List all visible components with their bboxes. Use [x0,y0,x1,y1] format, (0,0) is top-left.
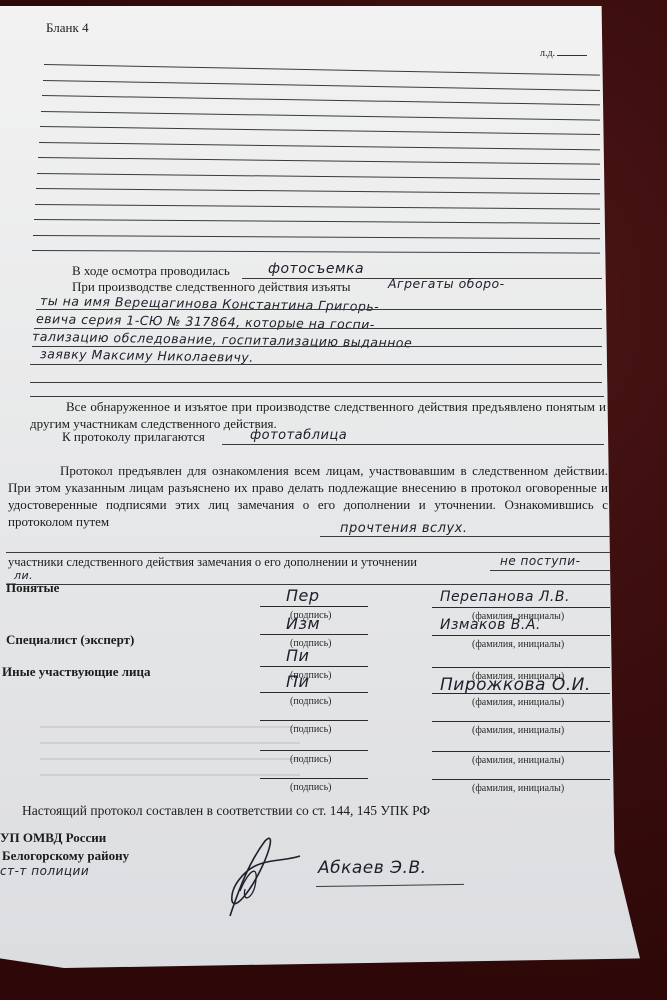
rank-handwritten: ст-т полиции [0,864,89,878]
seized-rule-5 [30,382,602,383]
photo-value: фотосъемка [268,261,364,277]
signatory-name: Перепанова Л.В. [440,589,570,605]
legal-basis: Настоящий протокол составлен в соответст… [22,803,430,818]
blank-rule [42,95,600,106]
attachments-value: фототаблица [250,428,347,443]
officer-signature [210,831,310,921]
blank-rule [41,111,600,121]
handwritten-signature: Изм [286,614,320,633]
handwritten-signature: Пи [286,672,309,691]
signature-caption: (подпись) [290,780,332,795]
remarks-value: не поступи- [500,554,580,568]
blank-rule [39,142,600,151]
other-participants-label: Иные участвующие лица [2,664,151,679]
name-caption: (фамилия, инициалы) [472,695,564,710]
blank-rule [32,250,600,254]
familiarization-method: прочтения вслух. [340,521,468,536]
handwritten-signature: Пер [286,586,320,605]
blank-rule [33,235,600,240]
seized-line-1: Агрегаты оборо- [388,276,505,291]
seized-line-2: ты на имя Верещагинова Константина Григо… [40,293,379,314]
protocol-page: Бланк 4 л.д. В ходе осмотра проводилась … [0,6,640,968]
blank-rule [34,219,600,224]
specialist-label: Специалист (эксперт) [6,632,134,647]
signatory-name: Измаков В.А. [440,617,541,633]
officer-name: Абкаев Э.В. [318,858,427,878]
seized-line-5: заявку Максиму Николаевичу. [40,346,254,365]
protocol-paragraph: Протокол предъявлен для ознакомления все… [8,462,608,530]
handwritten-signature: Пи [286,646,309,665]
organization-line-1: УП ОМВД России [0,830,106,845]
method-underline [320,536,610,537]
blank-rule [40,126,600,135]
name-caption: (фамилия, инициалы) [472,753,564,768]
attachments-underline [222,444,604,445]
name-caption: (фамилия, инициалы) [472,637,564,652]
presented-paragraph: Все обнаруженное и изъятое при производс… [30,398,606,432]
seized-rule-1 [36,309,602,310]
remarks-label: участники следственного действия замечан… [8,555,417,570]
seized-rule-4 [30,364,602,365]
blank-rule [43,80,600,91]
blank-rule [38,157,600,165]
blank-rule [44,64,600,76]
name-caption: (фамилия, инициалы) [472,723,564,738]
signature-caption: (подпись) [290,694,332,709]
seized-label: При производстве следственного действия … [72,279,351,294]
signatory-name: Пирожкова О.И. [440,675,591,695]
blank-rule [35,204,600,210]
seized-rule-3 [32,346,602,347]
blank-rule [36,188,600,195]
remarks-underline [490,570,610,571]
seized-rule-2 [34,328,602,329]
form-label: Бланк 4 [46,20,89,35]
attachments-label: К протоколу прилагаются [62,429,205,444]
photo-label: В ходе осмотра проводилась [72,263,230,278]
name-caption: (фамилия, инициалы) [472,781,564,796]
bleed-through [40,726,300,776]
officer-underline [316,884,464,887]
witnesses-label: Понятые [6,580,59,595]
organization-line-2: Белогорскому району [2,848,129,863]
blank-rule [37,173,600,180]
case-sheet-label: л.д. [540,46,587,61]
